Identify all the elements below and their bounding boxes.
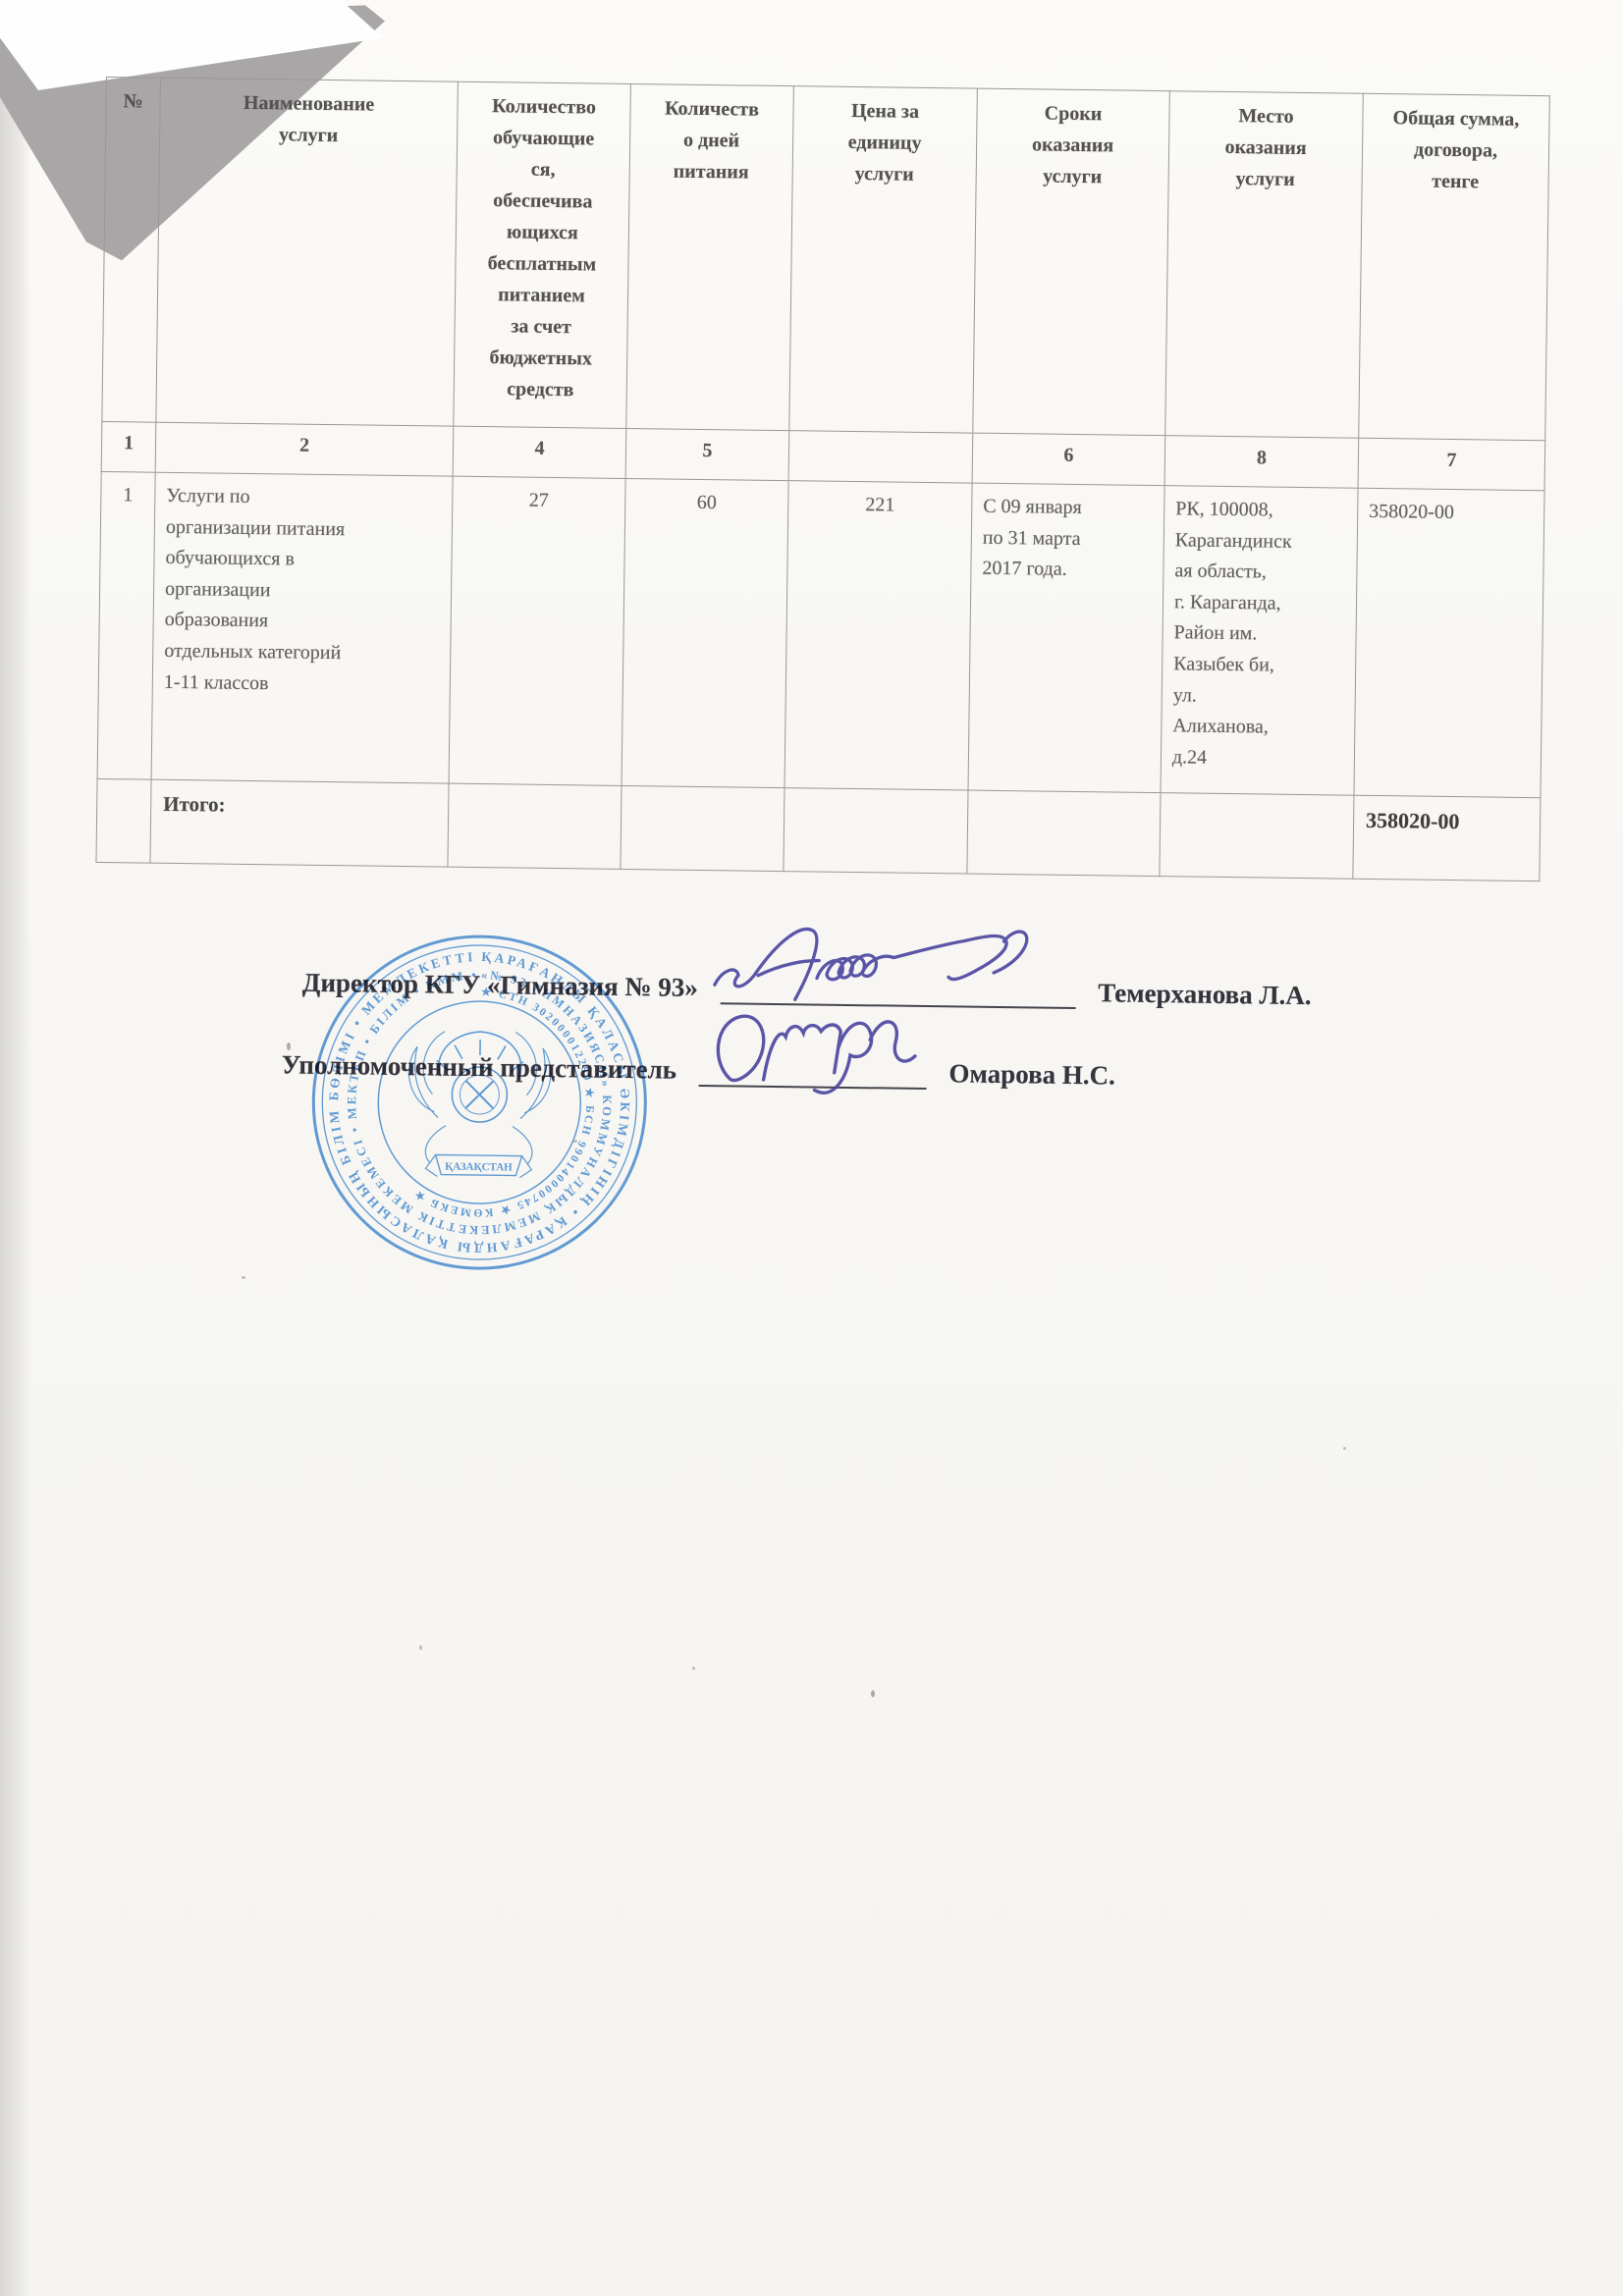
header-students-count: Количество обучающие ся, обеспечива ющих… — [454, 81, 631, 428]
column-number-cell: 7 — [1358, 438, 1545, 490]
column-number-cell: 8 — [1164, 436, 1359, 489]
signature-line — [699, 1051, 927, 1090]
service-period: С 09 января по 31 марта 2017 года. — [968, 483, 1164, 793]
services-table: № Наименование услуги Количество обучающ… — [95, 77, 1549, 881]
total-amount-cell: 358020-00 — [1353, 795, 1541, 881]
scan-speck — [871, 1690, 875, 1697]
header-service-name: Наименование услуги — [156, 78, 459, 426]
service-place: РК, 100008, Карагандинск ая область, г. … — [1161, 486, 1358, 796]
column-number-cell: 5 — [625, 428, 789, 480]
empty-cell — [448, 783, 622, 869]
empty-cell — [784, 788, 968, 874]
scanned-document-page: № Наименование услуги Количество обучающ… — [0, 0, 1623, 2296]
svg-text:«№ 93 ГИМНАЗИЯСЫ» КОММУНАЛДЫҚ: «№ 93 ГИМНАЗИЯСЫ» КОММУНАЛДЫҚ МЕМЛЕКЕТТІ… — [343, 966, 616, 1239]
days-count: 60 — [622, 478, 788, 787]
header-no: № — [102, 78, 161, 423]
empty-cell — [96, 778, 151, 863]
scan-speck — [419, 1645, 422, 1650]
document-content: № Наименование услуги Количество обучающ… — [74, 73, 1571, 1098]
column-number-cell: 2 — [155, 422, 454, 476]
column-number-cell: 1 — [101, 421, 156, 472]
scan-speck — [692, 1667, 695, 1670]
service-name: Услуги по организации питания обучающихс… — [151, 472, 453, 783]
scan-speck — [287, 1042, 291, 1050]
column-number-cell: 4 — [453, 426, 626, 478]
stamp-middle-ring-text: «№ 93 ГИМНАЗИЯСЫ» КОММУНАЛДЫҚ МЕМЛЕКЕТТІ… — [343, 966, 616, 1239]
empty-cell — [967, 790, 1161, 877]
row-total-sum: 358020-00 — [1354, 488, 1544, 797]
table-row: 1 Услуги по организации питания обучающи… — [97, 471, 1544, 797]
director-name: Темерханова Л.А. — [1098, 978, 1312, 1011]
director-signature-ink — [706, 912, 1100, 1027]
header-service-period: Сроки оказания услуги — [973, 88, 1170, 436]
scan-speck — [572, 1140, 577, 1143]
column-number-cell — [788, 431, 973, 483]
empty-cell — [1160, 793, 1354, 880]
representative-name: Омарова Н.С. — [948, 1058, 1115, 1091]
header-total-sum: Общая сумма, договора, тенге — [1359, 93, 1550, 440]
kazakhstan-emblem — [407, 1031, 551, 1178]
empty-cell — [621, 785, 784, 871]
row-no: 1 — [97, 471, 155, 779]
header-days-count: Количеств о дней питания — [626, 83, 794, 430]
scan-edge-shadow — [0, 0, 31, 2296]
unit-price: 221 — [784, 481, 972, 790]
header-unit-price: Цена за единицу услуги — [789, 86, 978, 433]
column-number-cell: 6 — [972, 433, 1165, 486]
total-label-cell: Итого: — [150, 779, 449, 867]
scan-speck — [1343, 1447, 1346, 1450]
stamp-center-text: ҚАЗАҚСТАН — [445, 1161, 513, 1174]
table-header-row: № Наименование услуги Количество обучающ… — [102, 78, 1549, 441]
total-row: Итого: 358020-00 — [96, 778, 1541, 881]
official-round-stamp: ҚАРАҒАНДЫ ҚАЛАСЫ ӘКІМДІГІНІҢ • ҚАРАҒАНДЫ… — [304, 928, 655, 1278]
signature-line — [720, 969, 1075, 1009]
students-count: 27 — [449, 476, 625, 785]
header-service-place: Место оказания услуги — [1165, 91, 1364, 439]
scan-speck — [242, 1276, 245, 1279]
